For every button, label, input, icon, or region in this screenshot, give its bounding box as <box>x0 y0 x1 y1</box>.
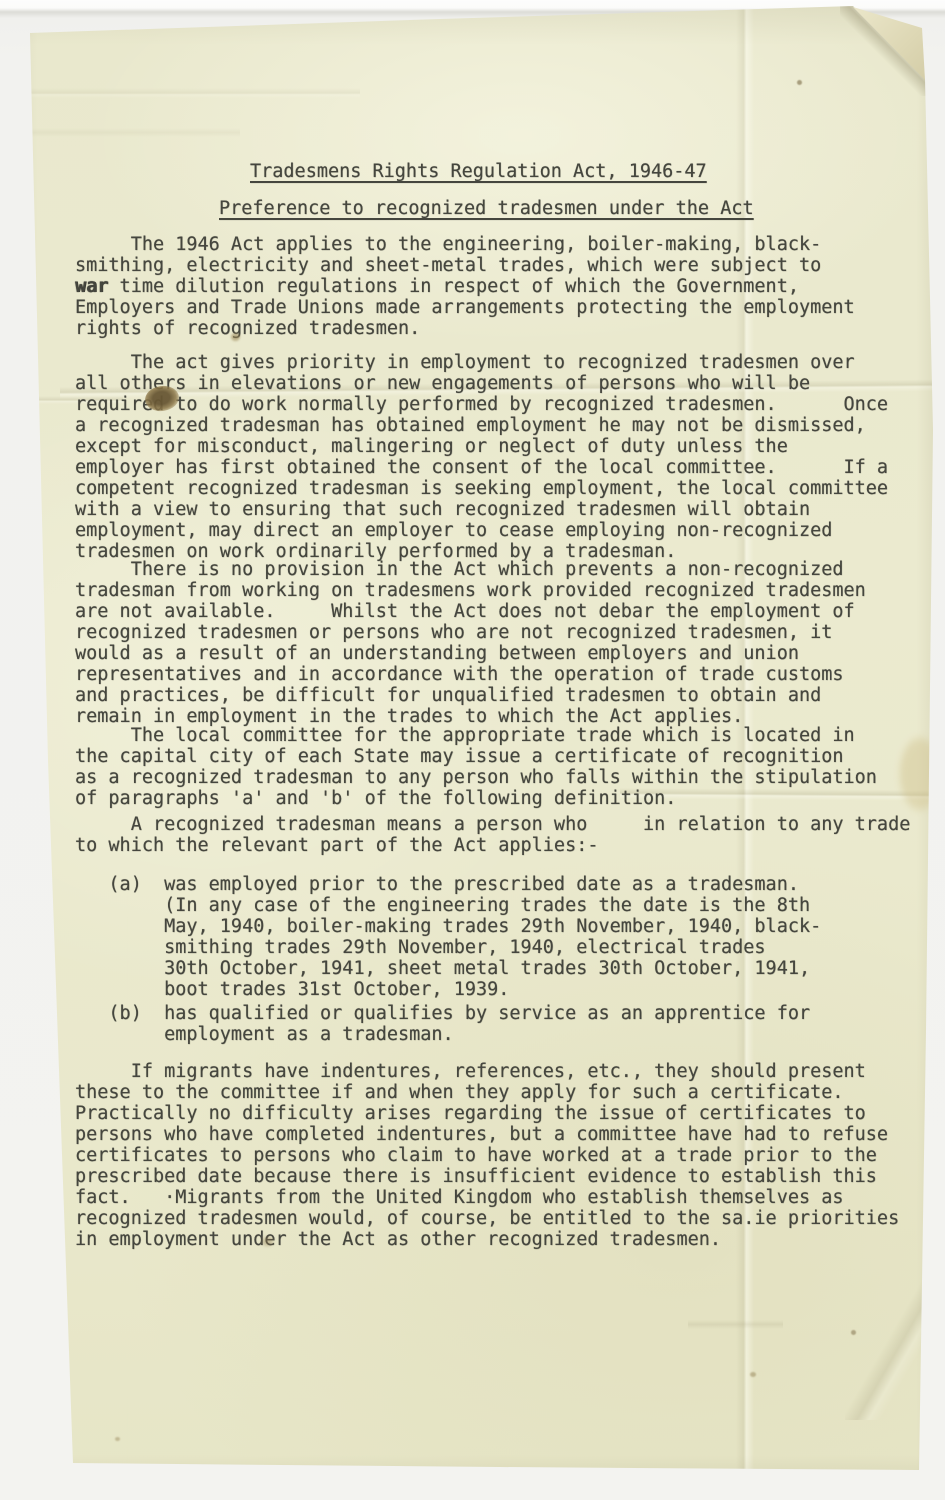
typewritten-text: Tradesmens Rights Regulation Act, 1946-4… <box>0 0 945 1500</box>
document-subtitle: Preference to recognized tradesmen under… <box>219 198 754 219</box>
small-stain-spot <box>83 18 89 23</box>
paper-sheet: Tradesmens Rights Regulation Act, 1946-4… <box>0 0 945 1500</box>
definition-item-a: (a) was employed prior to the prescribed… <box>75 874 821 1000</box>
paragraph-1-overtyped-word: war <box>75 276 108 297</box>
paragraph-6: If migrants have indentures, references,… <box>75 1061 899 1250</box>
definition-item-b: (b) has qualified or qualifies by servic… <box>75 1003 810 1045</box>
scanned-document-page: Tradesmens Rights Regulation Act, 1946-4… <box>0 0 945 1500</box>
paragraph-1-part-2: time dilution regulations in respect of … <box>75 276 855 339</box>
paragraph-5: A recognized tradesman means a person wh… <box>75 814 910 856</box>
paragraph-4: The local committee for the appropriate … <box>75 725 877 809</box>
paragraph-2: The act gives priority in employment to … <box>75 352 888 562</box>
document-title: Tradesmens Rights Regulation Act, 1946-4… <box>250 161 707 182</box>
paragraph-3: There is no provision in the Act which p… <box>75 559 866 727</box>
paragraph-1: The 1946 Act applies to the engineering,… <box>75 234 855 339</box>
paragraph-1-part-1: The 1946 Act applies to the engineering,… <box>75 234 821 276</box>
